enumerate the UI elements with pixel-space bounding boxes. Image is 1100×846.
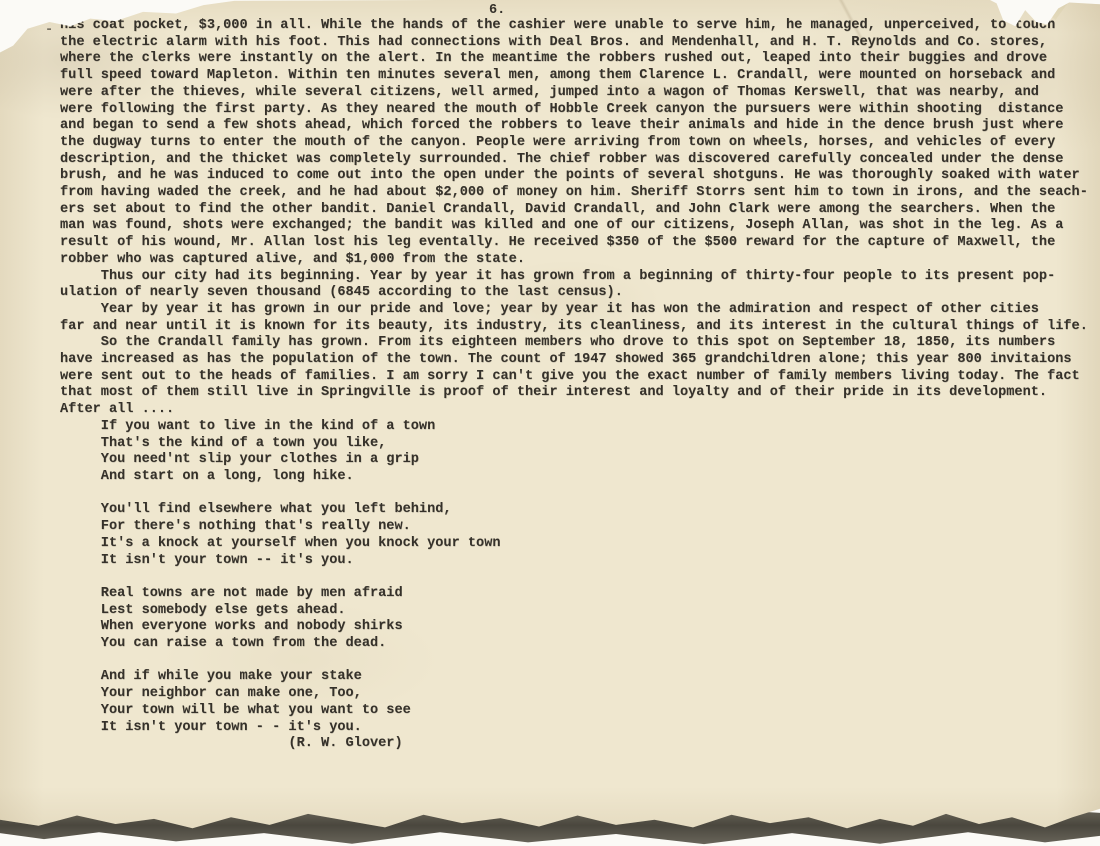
poem-line: You need'nt slip your clothes in a grip: [60, 452, 1094, 469]
body-text-line: ers set about to find the other bandit. …: [60, 202, 1094, 219]
poem-line: That's the kind of a town you like,: [60, 436, 1094, 453]
body-text-line: description, and the thicket was complet…: [60, 152, 1094, 169]
body-text-line: from having waded the creek, and he had …: [60, 185, 1094, 202]
body-text-line: the dugway turns to enter the mouth of t…: [60, 135, 1094, 152]
poem-line: You can raise a town from the dead.: [60, 636, 1094, 653]
poem-line: It isn't your town - - it's you.: [60, 720, 1094, 737]
poem-line: When everyone works and nobody shirks: [60, 619, 1094, 636]
blank-line: [60, 653, 1094, 670]
poem-line: And start on a long, long hike.: [60, 469, 1094, 486]
blank-line: [60, 569, 1094, 586]
body-text-line: brush, and he was induced to come out in…: [60, 168, 1094, 185]
body-text-line: result of his wound, Mr. Allan lost his …: [60, 235, 1094, 252]
body-text-line: have increased as has the population of …: [60, 352, 1094, 369]
body-text-line: man was found, shots were exchanged; the…: [60, 218, 1094, 235]
body-text-line: his coat pocket, $3,000 in all. While th…: [60, 18, 1094, 35]
body-text-line: Thus our city had its beginning. Year by…: [60, 269, 1094, 286]
body-text-line: So the Crandall family has grown. From i…: [60, 335, 1094, 352]
poem-line: Your town will be what you want to see: [60, 703, 1094, 720]
text-body: his coat pocket, $3,000 in all. While th…: [60, 18, 1094, 753]
body-text-line: were following the first party. As they …: [60, 102, 1094, 119]
poem-line: For there's nothing that's really new.: [60, 519, 1094, 536]
poem-line: Lest somebody else gets ahead.: [60, 603, 1094, 620]
body-text-line: far and near until it is known for its b…: [60, 319, 1094, 336]
continuation-dash: -: [45, 23, 53, 38]
body-text-line: After all ....: [60, 402, 1094, 419]
poem-line: It isn't your town -- it's you.: [60, 553, 1094, 570]
corner-fold: [1032, 0, 1070, 20]
poem-line: You'll find elsewhere what you left behi…: [60, 502, 1094, 519]
blank-line: [60, 486, 1094, 503]
scanned-document-page: 6. - his coat pocket, $3,000 in all. Whi…: [0, 0, 1100, 846]
body-text-line: ulation of nearly seven thousand (6845 a…: [60, 285, 1094, 302]
poem-attribution: (R. W. Glover): [60, 736, 1094, 753]
page-number: 6.: [489, 3, 505, 18]
paper-sheet: 6. - his coat pocket, $3,000 in all. Whi…: [0, 0, 1100, 846]
poem-line: Your neighbor can make one, Too,: [60, 686, 1094, 703]
poem-line: And if while you make your stake: [60, 669, 1094, 686]
body-text-line: full speed toward Mapleton. Within ten m…: [60, 68, 1094, 85]
poem-line: It's a knock at yourself when you knock …: [60, 536, 1094, 553]
body-text-line: that most of them still live in Springvi…: [60, 385, 1094, 402]
body-text-line: robber who was captured alive, and $1,00…: [60, 252, 1094, 269]
body-text-line: Year by year it has grown in our pride a…: [60, 302, 1094, 319]
body-text-line: were sent out to the heads of families. …: [60, 369, 1094, 386]
poem-line: If you want to live in the kind of a tow…: [60, 419, 1094, 436]
body-text-line: where the clerks were instantly on the a…: [60, 51, 1094, 68]
poem-line: Real towns are not made by men afraid: [60, 586, 1094, 603]
body-text-line: and began to send a few shots ahead, whi…: [60, 118, 1094, 135]
body-text-line: were after the thieves, while several ci…: [60, 85, 1094, 102]
body-text-line: the electric alarm with his foot. This h…: [60, 35, 1094, 52]
